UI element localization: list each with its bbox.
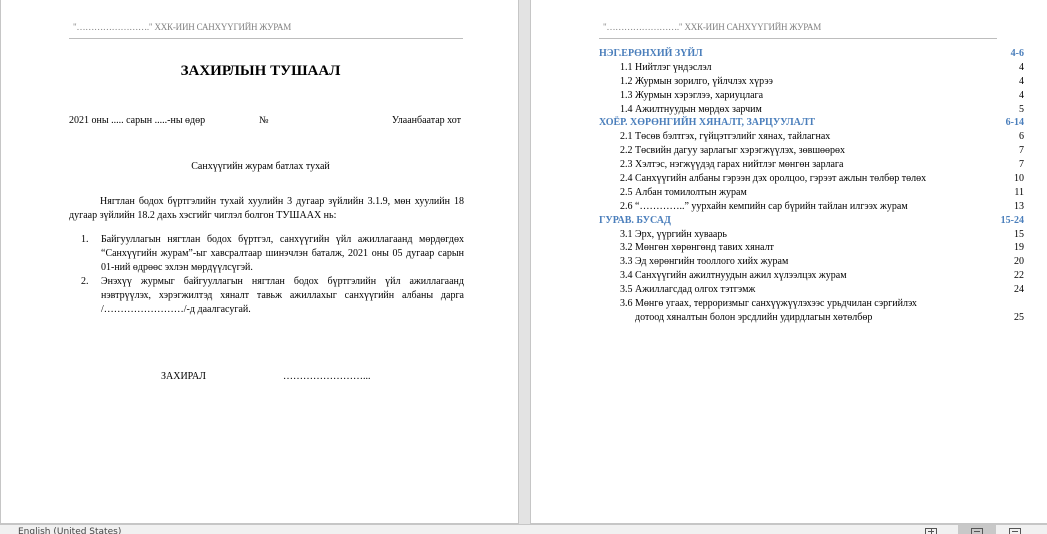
toc-entry-text: НЭГ.ЕРӨНХИЙ ЗҮЙЛ — [599, 47, 703, 61]
toc-entry-text: 2.6 “…………..” уурхайн кемпийн сар бүрийн … — [620, 200, 908, 214]
order-item-number: 1. — [81, 233, 89, 247]
order-item-text: Байгууллагын нягтлан бодох бүртгэл, санх… — [101, 234, 464, 273]
web-layout-icon — [1009, 528, 1021, 534]
toc-entry-text: 3.1 Эрх, үүргийн хуваарь — [620, 228, 727, 242]
toc-entry-text: 1.2 Журмын зорилго, үйлчлэх хүрээ — [620, 75, 773, 89]
read-mode-button[interactable] — [912, 525, 950, 534]
web-layout-button[interactable] — [996, 525, 1034, 534]
toc-page-number: 19 — [1014, 241, 1024, 255]
page-header: "……………………." ХХК-ИИН САНХҮҮГИЙН ЖУРАМ — [69, 22, 463, 39]
print-layout-button[interactable] — [958, 525, 996, 534]
toc-entry-text: 3.6 Мөнгө угаах, терроризмыг санхүүжүүлэ… — [620, 297, 917, 311]
toc-entry[interactable]: 2.6 “…………..” уурхайн кемпийн сар бүрийн … — [599, 200, 1024, 214]
toc-heading[interactable]: ХОЁР. ХӨРӨНГИЙН ХЯНАЛТ, ЗАРЦУУЛАЛТ6-14 — [599, 116, 1024, 130]
toc-page-number: 25 — [1014, 311, 1024, 325]
toc-entry[interactable]: 1.2 Журмын зорилго, үйлчлэх хүрээ4 — [599, 75, 1024, 89]
toc-entry[interactable]: 1.1 Нийтлэг үндэслэл4 — [599, 61, 1024, 75]
toc-entry[interactable]: 2.4 Санхүүгийн албаны гэрээн дэх оролцоо… — [599, 172, 1024, 186]
toc-entry-text: 2.4 Санхүүгийн албаны гэрээн дэх оролцоо… — [620, 172, 926, 186]
toc-page-number: 24 — [1014, 283, 1024, 297]
toc-page-number: 4-6 — [1011, 47, 1024, 61]
document-page-1[interactable]: "……………………." ХХК-ИИН САНХҮҮГИЙН ЖУРАМ ЗАХ… — [0, 0, 519, 524]
toc-entry-text: 3.2 Мөнгөн хөрөнгөнд тавих хяналт — [620, 241, 774, 255]
toc-entry-text: ГУРАВ. БУСАД — [599, 214, 671, 228]
order-item-number: 2. — [81, 275, 89, 289]
toc-page-number: 15-24 — [1001, 214, 1024, 228]
page-header: "……………………." ХХК-ИИН САНХҮҮГИЙН ЖУРАМ — [599, 22, 997, 39]
read-mode-icon — [925, 528, 937, 534]
toc-entry-text: 2.1 Төсөв бэлтгэх, гүйцэтгэлийг хянах, т… — [620, 130, 830, 144]
toc-entry[interactable]: 2.3 Хэлтэс, нэгжүүдэд гарах нийтлэг мөнг… — [599, 158, 1024, 172]
toc-entry-continuation: дотоод хяналтын болон эрсдлийн удирдлагы… — [635, 311, 872, 325]
toc-entry[interactable]: 1.3 Журмын хэрэглээ, хариуцлага4 — [599, 89, 1024, 103]
toc-entry[interactable]: 2.2 Төсвийн дагуу зарлагыг хэрэгжүүлэх, … — [599, 144, 1024, 158]
toc-page-number: 11 — [1014, 186, 1024, 200]
order-list: 1. Байгууллагын нягтлан бодох бүртгэл, с… — [81, 233, 464, 317]
toc-entry-text: 2.3 Хэлтэс, нэгжүүдэд гарах нийтлэг мөнг… — [620, 158, 843, 172]
signature-line: ……………………... — [283, 371, 371, 382]
toc-page-number: 5 — [1019, 103, 1024, 117]
toc-entry-text: ХОЁР. ХӨРӨНГИЙН ХЯНАЛТ, ЗАРЦУУЛАЛТ — [599, 116, 815, 130]
toc-entry-text: 3.5 Ажиллагсдад олгох тэтгэмж — [620, 283, 755, 297]
toc-entry[interactable]: 3.6 Мөнгө угаах, терроризмыг санхүүжүүлэ… — [599, 297, 1024, 325]
toc-entry[interactable]: 3.1 Эрх, үүргийн хуваарь15 — [599, 228, 1024, 242]
toc-entry[interactable]: 3.3 Эд хөрөнгийн тооллого хийх журам20 — [599, 255, 1024, 269]
toc-entry[interactable]: 2.5 Албан томилолтын журам11 — [599, 186, 1024, 200]
document-title: ЗАХИРЛЫН ТУШААЛ — [1, 63, 520, 80]
toc-entry[interactable]: 3.2 Мөнгөн хөрөнгөнд тавих хяналт19 — [599, 241, 1024, 255]
toc-page-number: 4 — [1019, 75, 1024, 89]
toc-page-number: 4 — [1019, 61, 1024, 75]
toc-entry-text: 3.3 Эд хөрөнгийн тооллого хийх журам — [620, 255, 788, 269]
toc-page-number: 4 — [1019, 89, 1024, 103]
toc-entry-text: 2.2 Төсвийн дагуу зарлагыг хэрэгжүүлэх, … — [620, 144, 845, 158]
document-page-2[interactable]: "……………………." ХХК-ИИН САНХҮҮГИЙН ЖУРАМ НЭГ… — [530, 0, 1047, 524]
toc-entry[interactable]: 1.4 Ажилтнуудын мөрдөх зарчим5 — [599, 103, 1024, 117]
toc-entry[interactable]: 3.5 Ажиллагсдад олгох тэтгэмж24 — [599, 283, 1024, 297]
toc-heading[interactable]: ГУРАВ. БУСАД15-24 — [599, 214, 1024, 228]
order-item: 2. Энэхүү журмыг байгууллагын нягтлан бо… — [81, 275, 464, 317]
toc-entry-text: 2.5 Албан томилолтын журам — [620, 186, 747, 200]
order-preamble: Нягтлан бодох бүртгэлийн тухай хуулийн 3… — [69, 195, 464, 223]
toc-entry[interactable]: 2.1 Төсөв бэлтгэх, гүйцэтгэлийг хянах, т… — [599, 130, 1024, 144]
toc-entry-text: 1.3 Журмын хэрэглээ, хариуцлага — [620, 89, 763, 103]
toc-page-number: 10 — [1014, 172, 1024, 186]
order-city: Улаанбаатар хот — [392, 115, 461, 126]
toc-page-number: 20 — [1014, 255, 1024, 269]
toc-heading[interactable]: НЭГ.ЕРӨНХИЙ ЗҮЙЛ4-6 — [599, 47, 1024, 61]
toc-entry-text: 1.4 Ажилтнуудын мөрдөх зарчим — [620, 103, 762, 117]
table-of-contents: НЭГ.ЕРӨНХИЙ ЗҮЙЛ4-61.1 Нийтлэг үндэслэл4… — [599, 47, 1024, 325]
toc-entry[interactable]: 3.4 Санхүүгийн ажилтнуудын ажил хүлээлцэ… — [599, 269, 1024, 283]
date-line: 2021 оны ..... сарын .....-ны өдөр № Ула… — [69, 115, 461, 129]
toc-entry-text: 3.4 Санхүүгийн ажилтнуудын ажил хүлээлцэ… — [620, 269, 847, 283]
order-item-text: Энэхүү журмыг байгууллагын нягтлан бодох… — [101, 276, 464, 315]
toc-entry-text: 1.1 Нийтлэг үндэслэл — [620, 61, 711, 75]
order-date: 2021 оны ..... сарын .....-ны өдөр — [69, 115, 205, 126]
language-indicator[interactable]: English (United States) — [18, 527, 121, 534]
toc-page-number: 15 — [1014, 228, 1024, 242]
toc-page-number: 6-14 — [1006, 116, 1024, 130]
status-bar: English (United States) — [0, 524, 1047, 534]
order-item: 1. Байгууллагын нягтлан бодох бүртгэл, с… — [81, 233, 464, 275]
print-layout-icon — [971, 528, 983, 534]
signature-role: ЗАХИРАЛ — [161, 371, 206, 382]
toc-page-number: 13 — [1014, 200, 1024, 214]
order-number-label: № — [259, 115, 269, 126]
toc-page-number: 7 — [1019, 158, 1024, 172]
order-subject: Санхүүгийн журам батлах тухай — [1, 161, 520, 172]
toc-page-number: 22 — [1014, 269, 1024, 283]
toc-page-number: 6 — [1019, 130, 1024, 144]
toc-page-number: 7 — [1019, 144, 1024, 158]
